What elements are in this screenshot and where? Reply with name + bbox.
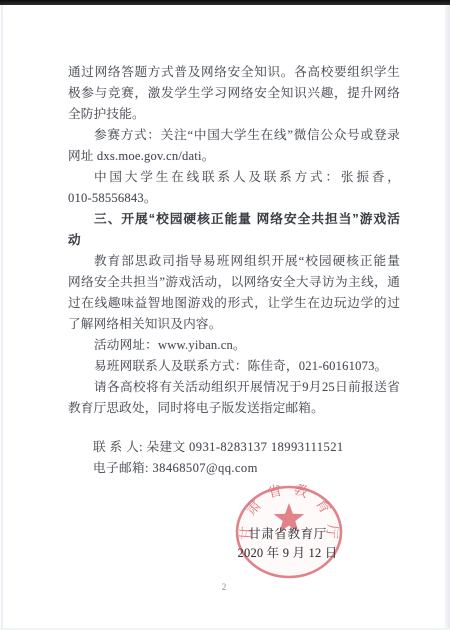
issue-date: 2020 年 9 月 12 日 bbox=[230, 544, 345, 563]
body-line: 中国大学生在线联系人及联系方式：张振香， bbox=[68, 167, 400, 188]
body-line: 网址 dxs.moe.gov.cn/dati。 bbox=[68, 146, 400, 167]
body-line: 易班网联系人及联系方式：陈佳奇，021-60161073。 bbox=[68, 356, 400, 377]
body-line: 请各高校将有关活动组织开展情况于9月25日前报送省 bbox=[68, 377, 400, 398]
section-heading-line: 动 bbox=[68, 230, 400, 251]
body-line: 通过网络答题方式普及网络安全知识。各高校要组织学生积 bbox=[68, 62, 400, 83]
agency-name: 甘肃省教育厅 bbox=[230, 525, 345, 544]
body-line: 了解网络相关知识及内容。 bbox=[68, 314, 400, 335]
body-line: 过在线趣味益智地图游戏的形式，让学生在边玩边学的过程 bbox=[68, 293, 400, 314]
body-line: 010-58556843。 bbox=[68, 188, 400, 209]
scan-edge-right bbox=[445, 5, 450, 630]
document-body: 通过网络答题方式普及网络安全知识。各高校要组织学生积 极参与竞赛，激发学生学习网… bbox=[68, 62, 400, 479]
body-line: 网络安全共担当”游戏活动，以网络安全大寻访为主线，通 bbox=[68, 272, 400, 293]
body-line: 全防护技能。 bbox=[68, 104, 400, 125]
page-number: 2 bbox=[214, 582, 234, 592]
body-line: 参赛方式：关注“中国大学生在线”微信公众号或登录 bbox=[68, 125, 400, 146]
scan-top-bar bbox=[0, 0, 450, 5]
body-line: 教育厅思政处，同时将电子版发送指定邮箱。 bbox=[68, 398, 400, 419]
contact-person-line: 联 系 人: 朵建文 0931-8283137 18993111521 bbox=[68, 437, 400, 458]
contact-email-line: 电子邮箱: 38468507@qq.com bbox=[68, 458, 400, 479]
body-line: 极参与竞赛，激发学生学习网络安全知识兴趣，提升网络安 bbox=[68, 83, 400, 104]
contact-block: 联 系 人: 朵建文 0931-8283137 18993111521 电子邮箱… bbox=[68, 437, 400, 479]
section-heading-line: 三、开展“校园硬核正能量 网络安全共担当”游戏活 bbox=[68, 209, 400, 230]
body-line: 教育部思政司指导易班网组织开展“校园硬核正能量 bbox=[68, 251, 400, 272]
scan-edge-left bbox=[1, 5, 3, 630]
signature-block: 甘肃省教育厅 2020 年 9 月 12 日 bbox=[230, 525, 345, 563]
body-line: 活动网址：www.yiban.cn。 bbox=[68, 335, 400, 356]
